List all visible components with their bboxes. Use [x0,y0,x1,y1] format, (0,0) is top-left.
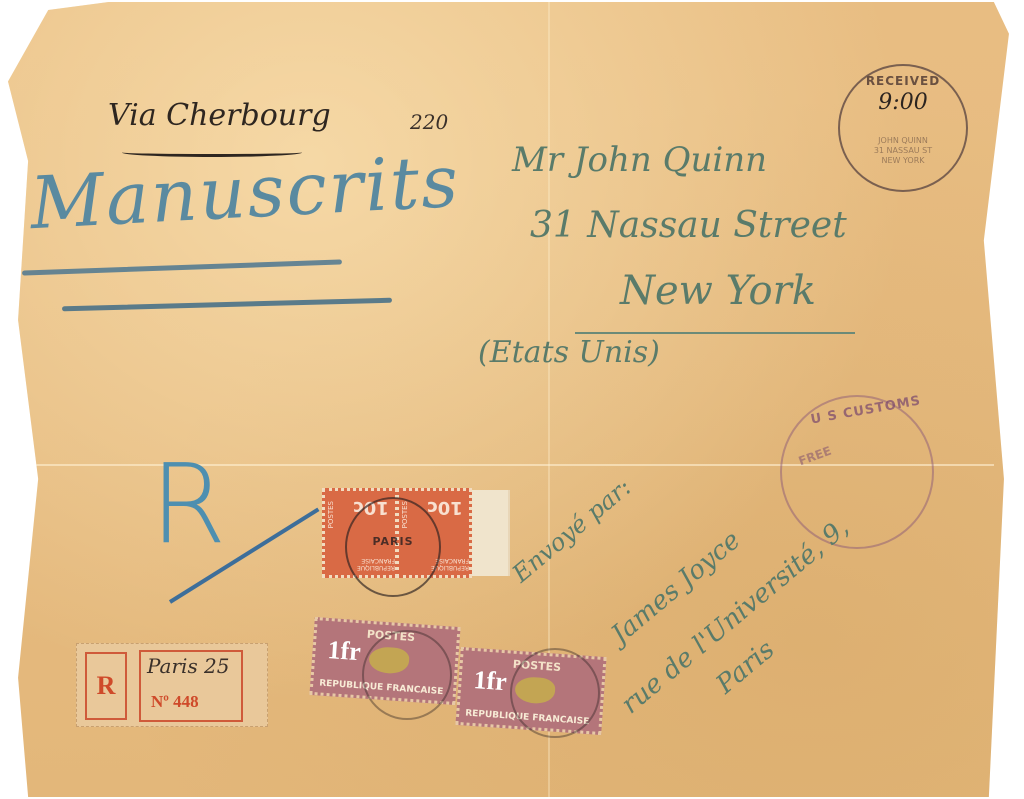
address-underline [575,332,855,334]
customs-stamp: U S CUSTOMS FREE [780,395,934,549]
registration-letter: R [85,652,127,720]
stamp-value: 1fr [327,635,362,667]
address-country: (Etats Unis) [478,335,660,370]
address-city: New York [620,268,816,314]
registration-number: Nº 448 [151,692,199,712]
postmark-2 [362,630,452,720]
routing-note: Via Cherbourg [108,98,331,133]
stamp-value: 10c [427,497,463,518]
registered-mark: R [150,440,226,568]
address-name: Mr John Quinn [512,140,767,180]
address-street: 31 Nassau Street [530,205,847,246]
number-note: 220 [410,110,448,134]
customs-subtitle: FREE [797,444,834,469]
postmark-text: PARIS [347,535,439,548]
registration-office: Paris 25 [147,654,230,678]
postmark-1: PARIS [345,497,441,597]
stamp-selvage [470,490,510,576]
stamp-value: 1fr [473,665,508,697]
received-title: RECEIVED [840,74,966,88]
registration-label: R Paris 25 Nº 448 [76,643,268,727]
received-time: 9:00 [840,90,966,115]
stamp-side-text: POSTES [327,501,335,528]
received-stamp: RECEIVED 9:00 JOHN QUINN 31 NASSAU ST NE… [838,64,968,192]
postmark-3 [510,648,600,738]
registration-box: Paris 25 Nº 448 [139,650,243,722]
received-subtitle: JOHN QUINN 31 NASSAU ST NEW YORK [840,136,966,166]
